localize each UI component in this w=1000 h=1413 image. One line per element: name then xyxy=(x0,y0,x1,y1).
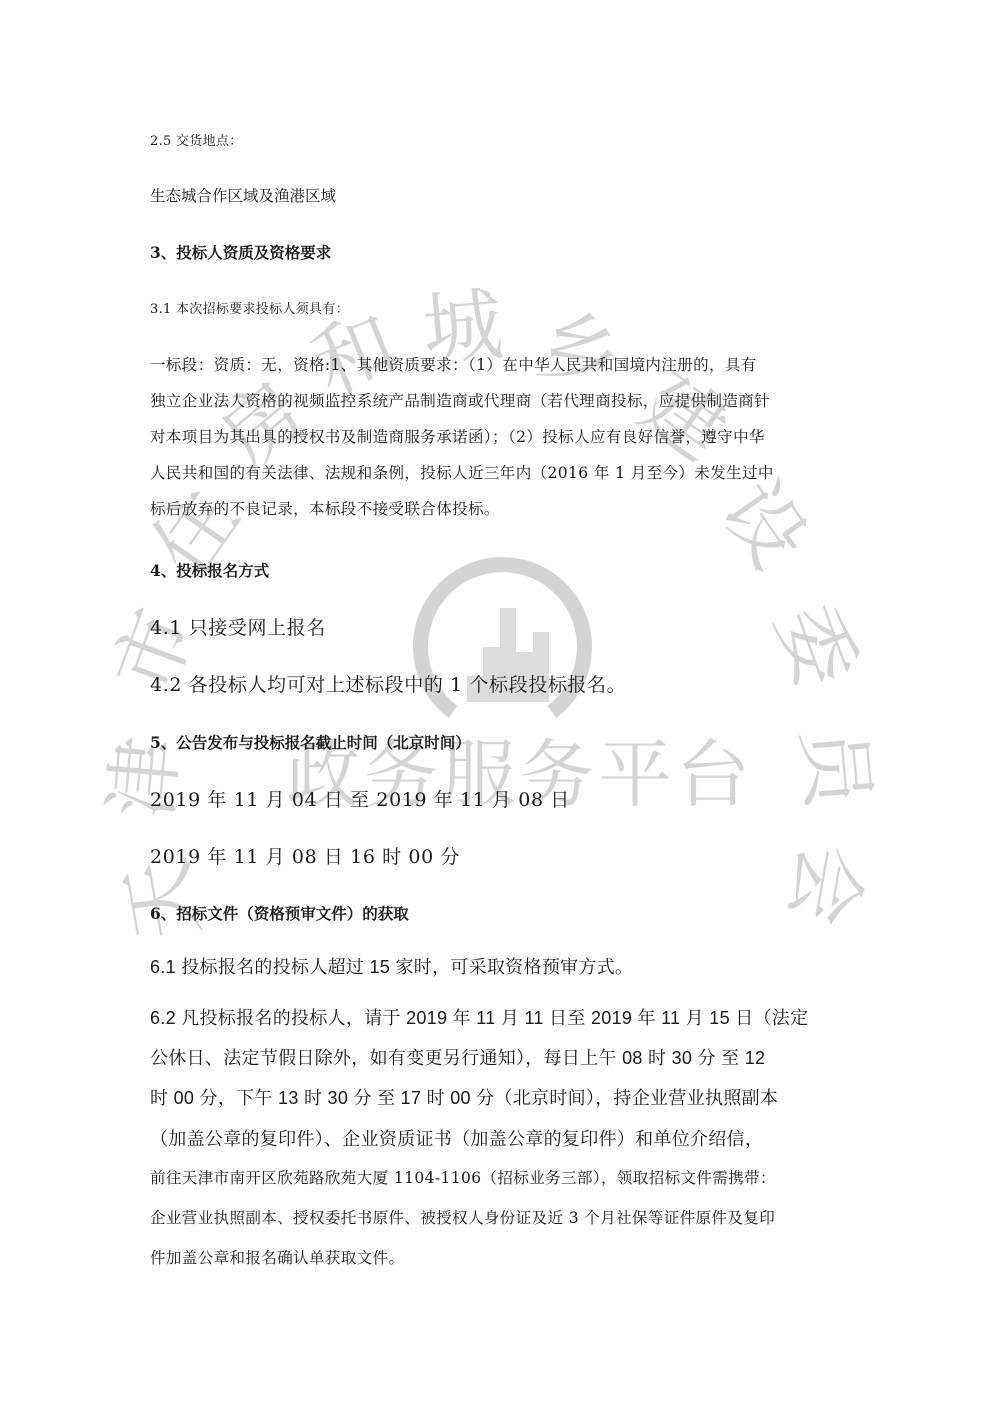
section-6-2-line-4: （加盖公章的复印件）、企业资质证书（加盖公章的复印件）和单位介绍信， xyxy=(150,1130,763,1148)
section-6-heading: 6、招标文件（资格预审文件）的获取 xyxy=(150,906,409,922)
section-3-line-5: 标后放弃的不良记录，本标段不接受联合体投标。 xyxy=(150,502,500,518)
section-6-2-line-6: 企业营业执照副本、授权委托书原件、被授权人身份证及近 3 个月社保等证件原件及复… xyxy=(150,1211,775,1227)
section-3-heading: 3、投标人资质及资格要求 xyxy=(150,245,331,261)
section-6-2-line-7: 件加盖公章和报名确认单获取文件。 xyxy=(150,1251,404,1267)
section-3-line-1: 一标段：资质：无，资格:1、其他资质要求：（1）在中华人民共和国境内注册的，具有 xyxy=(150,358,757,374)
section-3-line-4: 人民共和国的有关法律、法规和条例，投标人近三年内（2016 年 1 月至今）未发… xyxy=(150,466,774,482)
section-4-2: 4.2 各投标人均可对上述标段中的 1 个标段投标报名。 xyxy=(150,676,626,695)
registration-deadline: 2019 年 11 月 08 日 16 时 00 分 xyxy=(150,848,460,867)
section-3-1-heading: 3.1 本次招标要求投标人须具有： xyxy=(150,303,349,316)
section-3-line-3: 对本项目为其出具的授权书及制造商服务承诺函）；（2）投标人应有良好信誉，遵守中华 xyxy=(150,430,765,446)
document-page: 天 津 市 住 房 和 城 乡 建 设 委 员 会 xyxy=(0,0,1000,1413)
section-4-1: 4.1 只接受网上报名 xyxy=(150,619,326,638)
section-6-2-line-3: 时 00 分，下午 13 时 30 分 至 17 时 00 分（北京时间），持企… xyxy=(150,1089,778,1107)
section-5-heading: 5、公告发布与投标报名截止时间（北京时间） xyxy=(150,735,471,751)
delivery-location: 生态城合作区域及渔港区域 xyxy=(150,189,336,205)
announcement-period: 2019 年 11 月 04 日 至 2019 年 11 月 08 日 xyxy=(150,791,570,810)
section-4-heading: 4、投标报名方式 xyxy=(150,563,269,579)
section-2-5-heading: 2.5 交货地点： xyxy=(150,135,243,148)
document-content: 2.5 交货地点： 生态城合作区域及渔港区域 3、投标人资质及资格要求 3.1 … xyxy=(0,0,1000,1413)
section-6-1: 6.1 投标报名的投标人超过 15 家时，可采取资格预审方式。 xyxy=(150,958,633,976)
section-6-2-line-5: 前往天津市南开区欣苑路欣苑大厦 1104-1106（招标业务三部），领取招标文件… xyxy=(150,1171,776,1187)
section-6-2-line-1: 6.2 凡投标报名的投标人，请于 2019 年 11 月 11 日至 2019 … xyxy=(150,1009,808,1027)
section-3-line-2: 独立企业法人资格的视频监控系统产品制造商或代理商（若代理商投标，应提供制造商针 xyxy=(150,394,770,410)
section-6-2-line-2: 公休日、法定节假日除外，如有变更另行通知），每日上午 08 时 30 分 至 1… xyxy=(150,1049,765,1067)
